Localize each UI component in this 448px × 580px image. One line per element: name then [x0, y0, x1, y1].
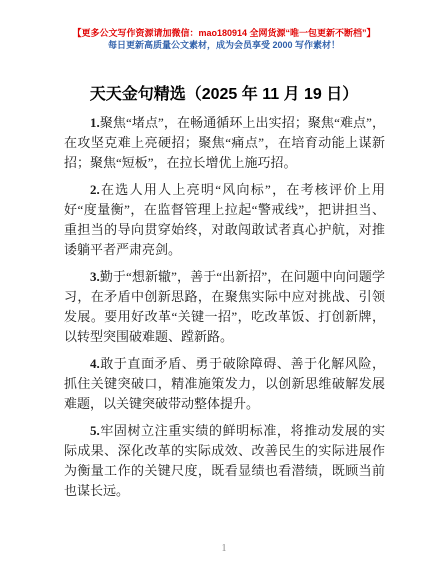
paragraph-number: 5. — [90, 423, 100, 438]
paragraph-3: 3.勤于“想新辙”，善于“出新招”，在问题中向问题学习，在矛盾中创新思路，在聚焦… — [64, 267, 385, 347]
paragraph-text: 聚焦“堵点”，在畅通循环上出实招；聚焦“难点”，在攻坚克难上亮硬招；聚焦“痛点”… — [64, 115, 385, 170]
paragraph-text: 牢固树立注重实绩的鲜明标准，将推动发展的实际成果、深化改革的实际成效、改善民生的… — [64, 423, 385, 498]
page-number: 1 — [0, 543, 448, 554]
paragraph-number: 2. — [90, 182, 100, 197]
paragraph-text: 在选人用人上亮明“风向标”，在考核评价上用好“度量衡”，在监督管理上拉起“警戒线… — [64, 182, 385, 257]
paragraph-5: 5.牢固树立注重实绩的鲜明标准，将推动发展的实际成果、深化改革的实际成效、改善民… — [64, 421, 385, 501]
paragraph-text: 敢于直面矛盾、勇于破除障碍、善于化解风险，抓住关键突破口，精准施策发力，以创新思… — [64, 356, 385, 411]
paragraph-number: 3. — [90, 269, 100, 284]
paragraph-2: 2.在选人用人上亮明“风向标”，在考核评价上用好“度量衡”，在监督管理上拉起“警… — [64, 180, 385, 260]
document-title: 天天金句精选（2025 年 11 月 19 日） — [0, 84, 448, 106]
document-page: 【更多公文写作资源请加微信：mao180914 全网货源“唯一包更新不断档”】 … — [0, 0, 448, 580]
paragraph-1: 1.聚焦“堵点”，在畅通循环上出实招；聚焦“难点”，在攻坚克难上亮硬招；聚焦“痛… — [64, 113, 385, 173]
promo-header: 【更多公文写作资源请加微信：mao180914 全网货源“唯一包更新不断档”】 … — [0, 0, 448, 51]
paragraph-4: 4.敢于直面矛盾、勇于破除障碍、善于化解风险，抓住关键突破口，精准施策发力，以创… — [64, 354, 385, 414]
paragraph-number: 1. — [90, 115, 100, 130]
paragraph-number: 4. — [90, 356, 100, 371]
document-body: 1.聚焦“堵点”，在畅通循环上出实招；聚焦“难点”，在攻坚克难上亮硬招；聚焦“痛… — [0, 113, 448, 501]
promo-line-blue: 每日更新高质量公文素材，成为会员享受 2000 写作素材！ — [0, 39, 448, 51]
paragraph-text: 勤于“想新辙”，善于“出新招”，在问题中向问题学习，在矛盾中创新思路，在聚焦实际… — [64, 269, 385, 344]
promo-line-red: 【更多公文写作资源请加微信：mao180914 全网货源“唯一包更新不断档”】 — [0, 27, 448, 39]
